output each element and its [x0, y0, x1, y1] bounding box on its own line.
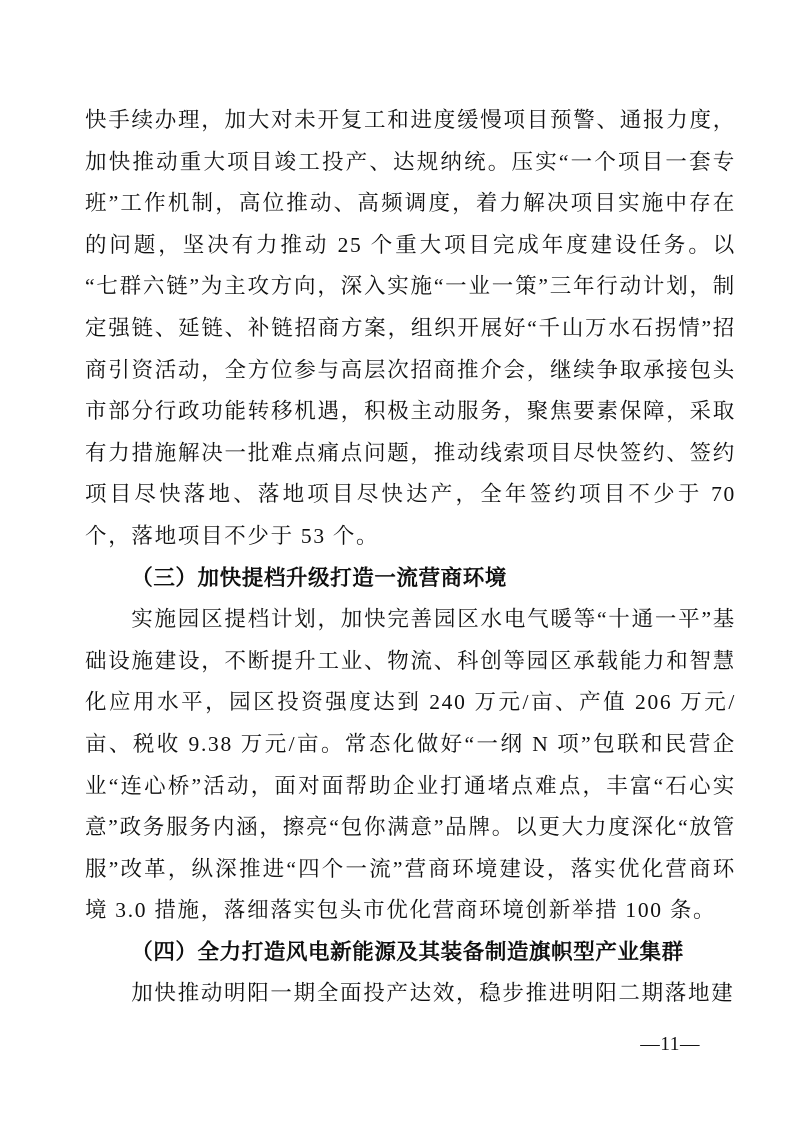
- document-page: 快手续办理，加大对未开复工和进度缓慢项目预警、通报力度，加快推动重大项目竣工投产…: [0, 0, 793, 1122]
- page-number: —11—: [640, 1031, 700, 1059]
- body-paragraph: 加快推动明阳一期全面投产达效，稳步推进明阳二期落地建: [85, 973, 736, 1015]
- document-content: 快手续办理，加大对未开复工和进度缓慢项目预警、通报力度，加快推动重大项目竣工投产…: [85, 100, 736, 1015]
- section-heading: （三）加快提档升级打造一流营商环境: [85, 558, 736, 600]
- body-paragraph: 快手续办理，加大对未开复工和进度缓慢项目预警、通报力度，加快推动重大项目竣工投产…: [85, 100, 736, 558]
- body-paragraph: 实施园区提档计划，加快完善园区水电气暖等“十通一平”基础设施建设，不断提升工业、…: [85, 599, 736, 932]
- section-heading: （四）全力打造风电新能源及其装备制造旗帜型产业集群: [85, 932, 736, 974]
